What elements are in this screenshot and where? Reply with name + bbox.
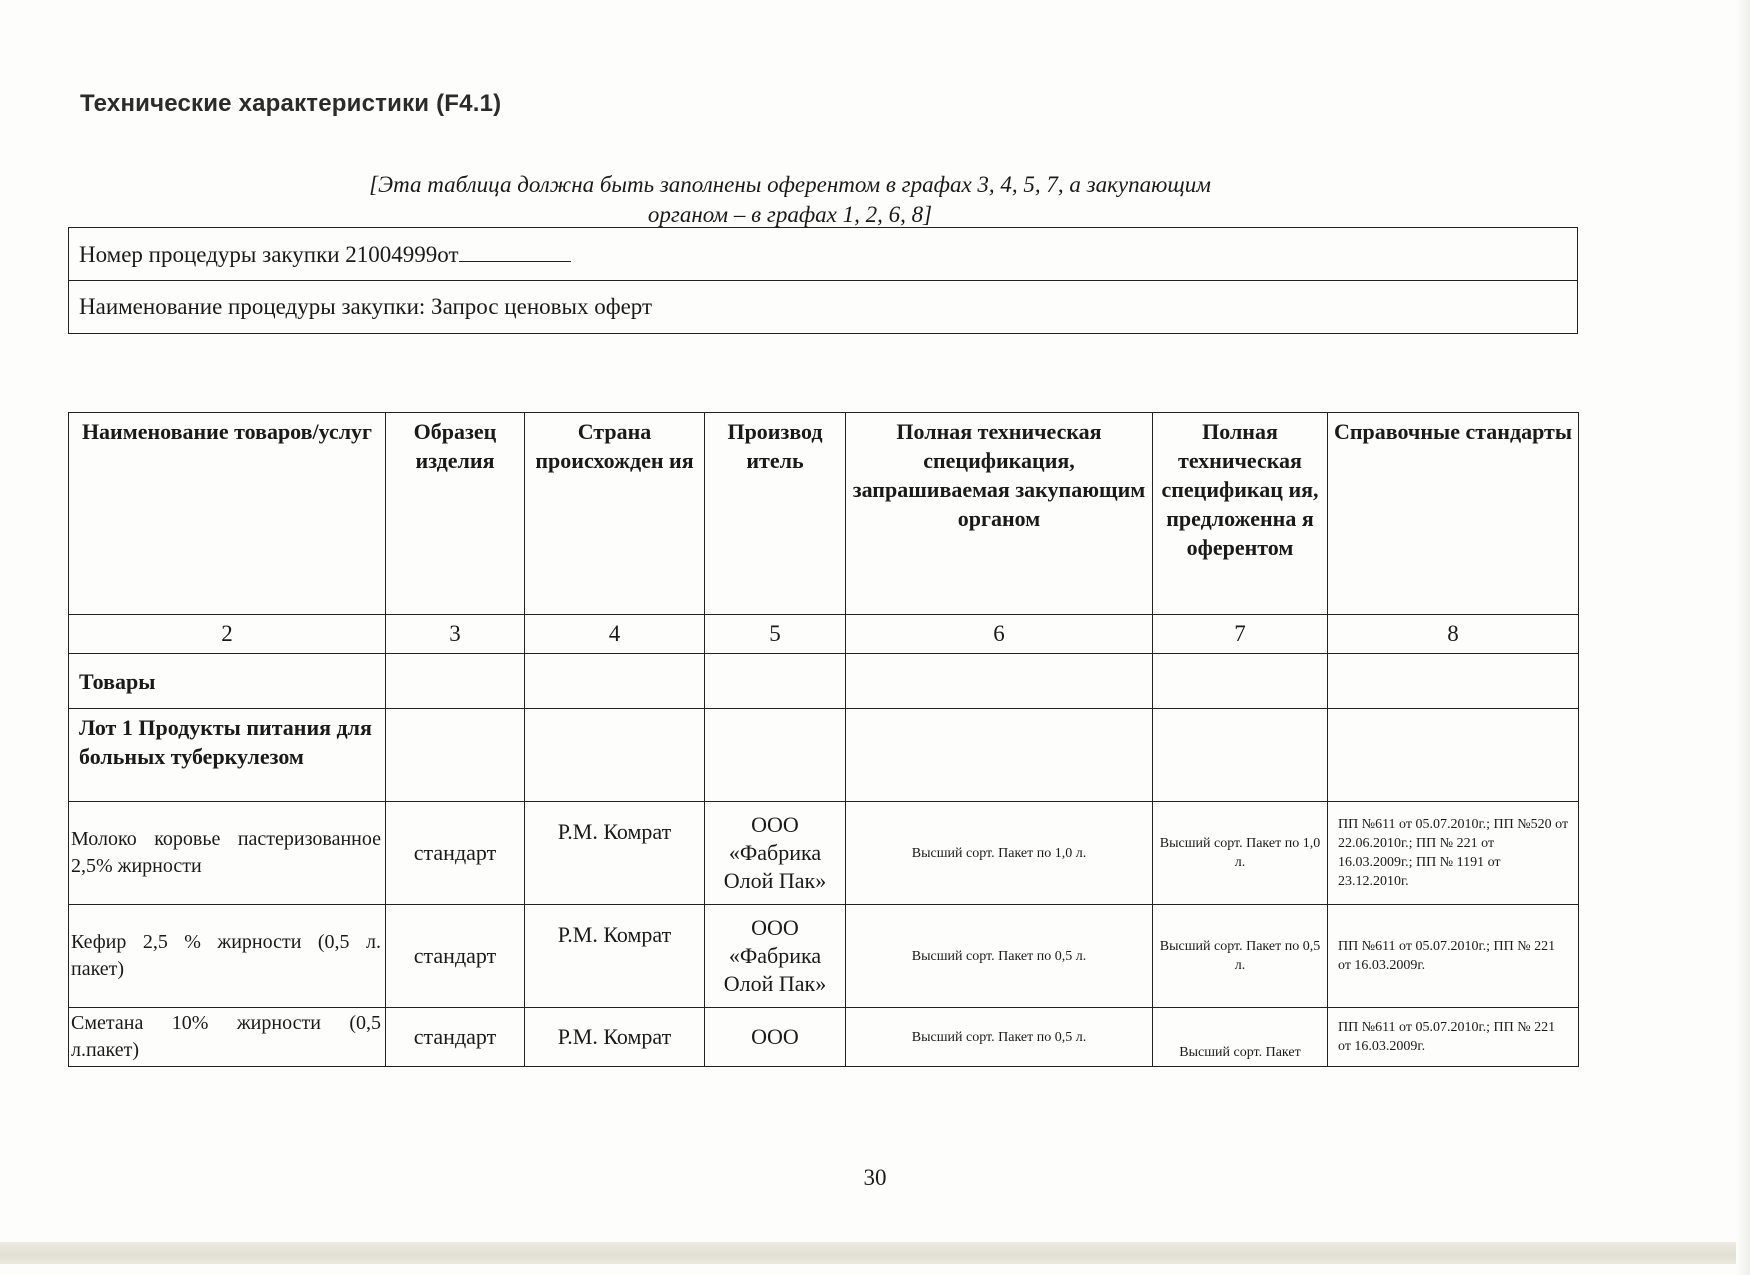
item-manufacturer: ООО «Фабрика Олой Пак» (705, 905, 846, 1008)
item-manufacturer: ООО «Фабрика Олой Пак» (705, 802, 846, 905)
empty-cell (846, 654, 1153, 709)
table-row: Кефир 2,5 % жирности (0,5 л. пакет) стан… (69, 905, 1579, 1008)
item-spec-requested: Высший сорт. Пакет по 0,5 л. (846, 1008, 1153, 1067)
empty-cell (1153, 654, 1328, 709)
item-standards: ПП №611 от 05.07.2010г.; ПП №520 от 22.0… (1328, 802, 1579, 905)
procedure-number-cell: Номер процедуры закупки 21004999от (69, 228, 1578, 281)
item-spec-offered: Высший сорт. Пакет по 0,5 л. (1153, 905, 1328, 1008)
item-standards: ПП №611 от 05.07.2010г.; ПП № 221 от 16.… (1328, 1008, 1579, 1067)
item-sample: стандарт (386, 802, 525, 905)
header-standards: Справочные стандарты (1328, 413, 1579, 615)
header-row: Наименование товаров/услуг Образец издел… (69, 413, 1579, 615)
header-manufacturer: Производ итель (705, 413, 846, 615)
item-manufacturer: ООО (705, 1008, 846, 1067)
item-name: Сметана 10% жирности (0,5 л.пакет) (69, 1008, 386, 1067)
procedure-info-table: Номер процедуры закупки 21004999от Наиме… (68, 227, 1578, 334)
empty-cell (1328, 654, 1579, 709)
column-number: 3 (386, 615, 525, 654)
header-spec-requested: Полная техническая спецификация, запраши… (846, 413, 1153, 615)
table-row: Молоко коровье пастеризованное 2,5% жирн… (69, 802, 1579, 905)
item-country: Р.М. Комрат (525, 802, 705, 905)
procedure-date-blank (459, 241, 571, 262)
item-spec-offered: Высший сорт. Пакет (1153, 1008, 1328, 1067)
empty-cell (705, 709, 846, 802)
lot-label: Лот 1 Продукты питания для больных тубер… (69, 709, 386, 802)
instruction-line-2: органом – в графах 1, 2, 6, 8] (290, 200, 1290, 230)
column-number: 6 (846, 615, 1153, 654)
scan-artifact-strip (0, 1242, 1750, 1264)
item-spec-requested: Высший сорт. Пакет по 0,5 л. (846, 905, 1153, 1008)
section-row-goods: Товары (69, 654, 1579, 709)
header-sample: Образец изделия (386, 413, 525, 615)
item-sample: стандарт (386, 1008, 525, 1067)
empty-cell (525, 654, 705, 709)
procedure-name-cell: Наименование процедуры закупки: Запрос ц… (69, 281, 1578, 334)
column-number-row: 2 3 4 5 6 7 8 (69, 615, 1579, 654)
item-country: Р.М. Комрат (525, 905, 705, 1008)
scan-artifact-edge (1736, 0, 1750, 1275)
empty-cell (386, 654, 525, 709)
lot-row: Лот 1 Продукты питания для больных тубер… (69, 709, 1579, 802)
column-number: 4 (525, 615, 705, 654)
item-spec-requested: Высший сорт. Пакет по 1,0 л. (846, 802, 1153, 905)
item-spec-offered: Высший сорт. Пакет по 1,0 л. (1153, 802, 1328, 905)
column-number: 5 (705, 615, 846, 654)
empty-cell (1153, 709, 1328, 802)
empty-cell (386, 709, 525, 802)
instruction-line-1: [Эта таблица должна быть заполнены офере… (290, 170, 1290, 200)
procedure-number-label: Номер процедуры закупки 21004999от (79, 242, 459, 267)
procedure-name-row: Наименование процедуры закупки: Запрос ц… (69, 281, 1578, 334)
column-number: 2 (69, 615, 386, 654)
item-country: Р.М. Комрат (525, 1008, 705, 1067)
header-country: Страна происхожден ия (525, 413, 705, 615)
instruction-note: [Эта таблица должна быть заполнены офере… (290, 170, 1290, 230)
procedure-number-row: Номер процедуры закупки 21004999от (69, 228, 1578, 281)
header-goods-name: Наименование товаров/услуг (69, 413, 386, 615)
column-number: 8 (1328, 615, 1579, 654)
table-row: Сметана 10% жирности (0,5 л.пакет) станд… (69, 1008, 1579, 1067)
item-standards: ПП №611 от 05.07.2010г.; ПП № 221 от 16.… (1328, 905, 1579, 1008)
item-sample: стандарт (386, 905, 525, 1008)
column-number: 7 (1153, 615, 1328, 654)
specifications-table: Наименование товаров/услуг Образец издел… (68, 412, 1579, 1067)
item-name: Кефир 2,5 % жирности (0,5 л. пакет) (69, 905, 386, 1008)
empty-cell (525, 709, 705, 802)
header-spec-offered: Полная техническая спецификац ия, предло… (1153, 413, 1328, 615)
empty-cell (846, 709, 1153, 802)
item-name: Молоко коровье пастеризованное 2,5% жирн… (69, 802, 386, 905)
section-label: Товары (69, 654, 386, 709)
empty-cell (705, 654, 846, 709)
page-number: 30 (0, 1165, 1750, 1191)
empty-cell (1328, 709, 1579, 802)
document-title: Технические характеристики (F4.1) (80, 90, 501, 118)
